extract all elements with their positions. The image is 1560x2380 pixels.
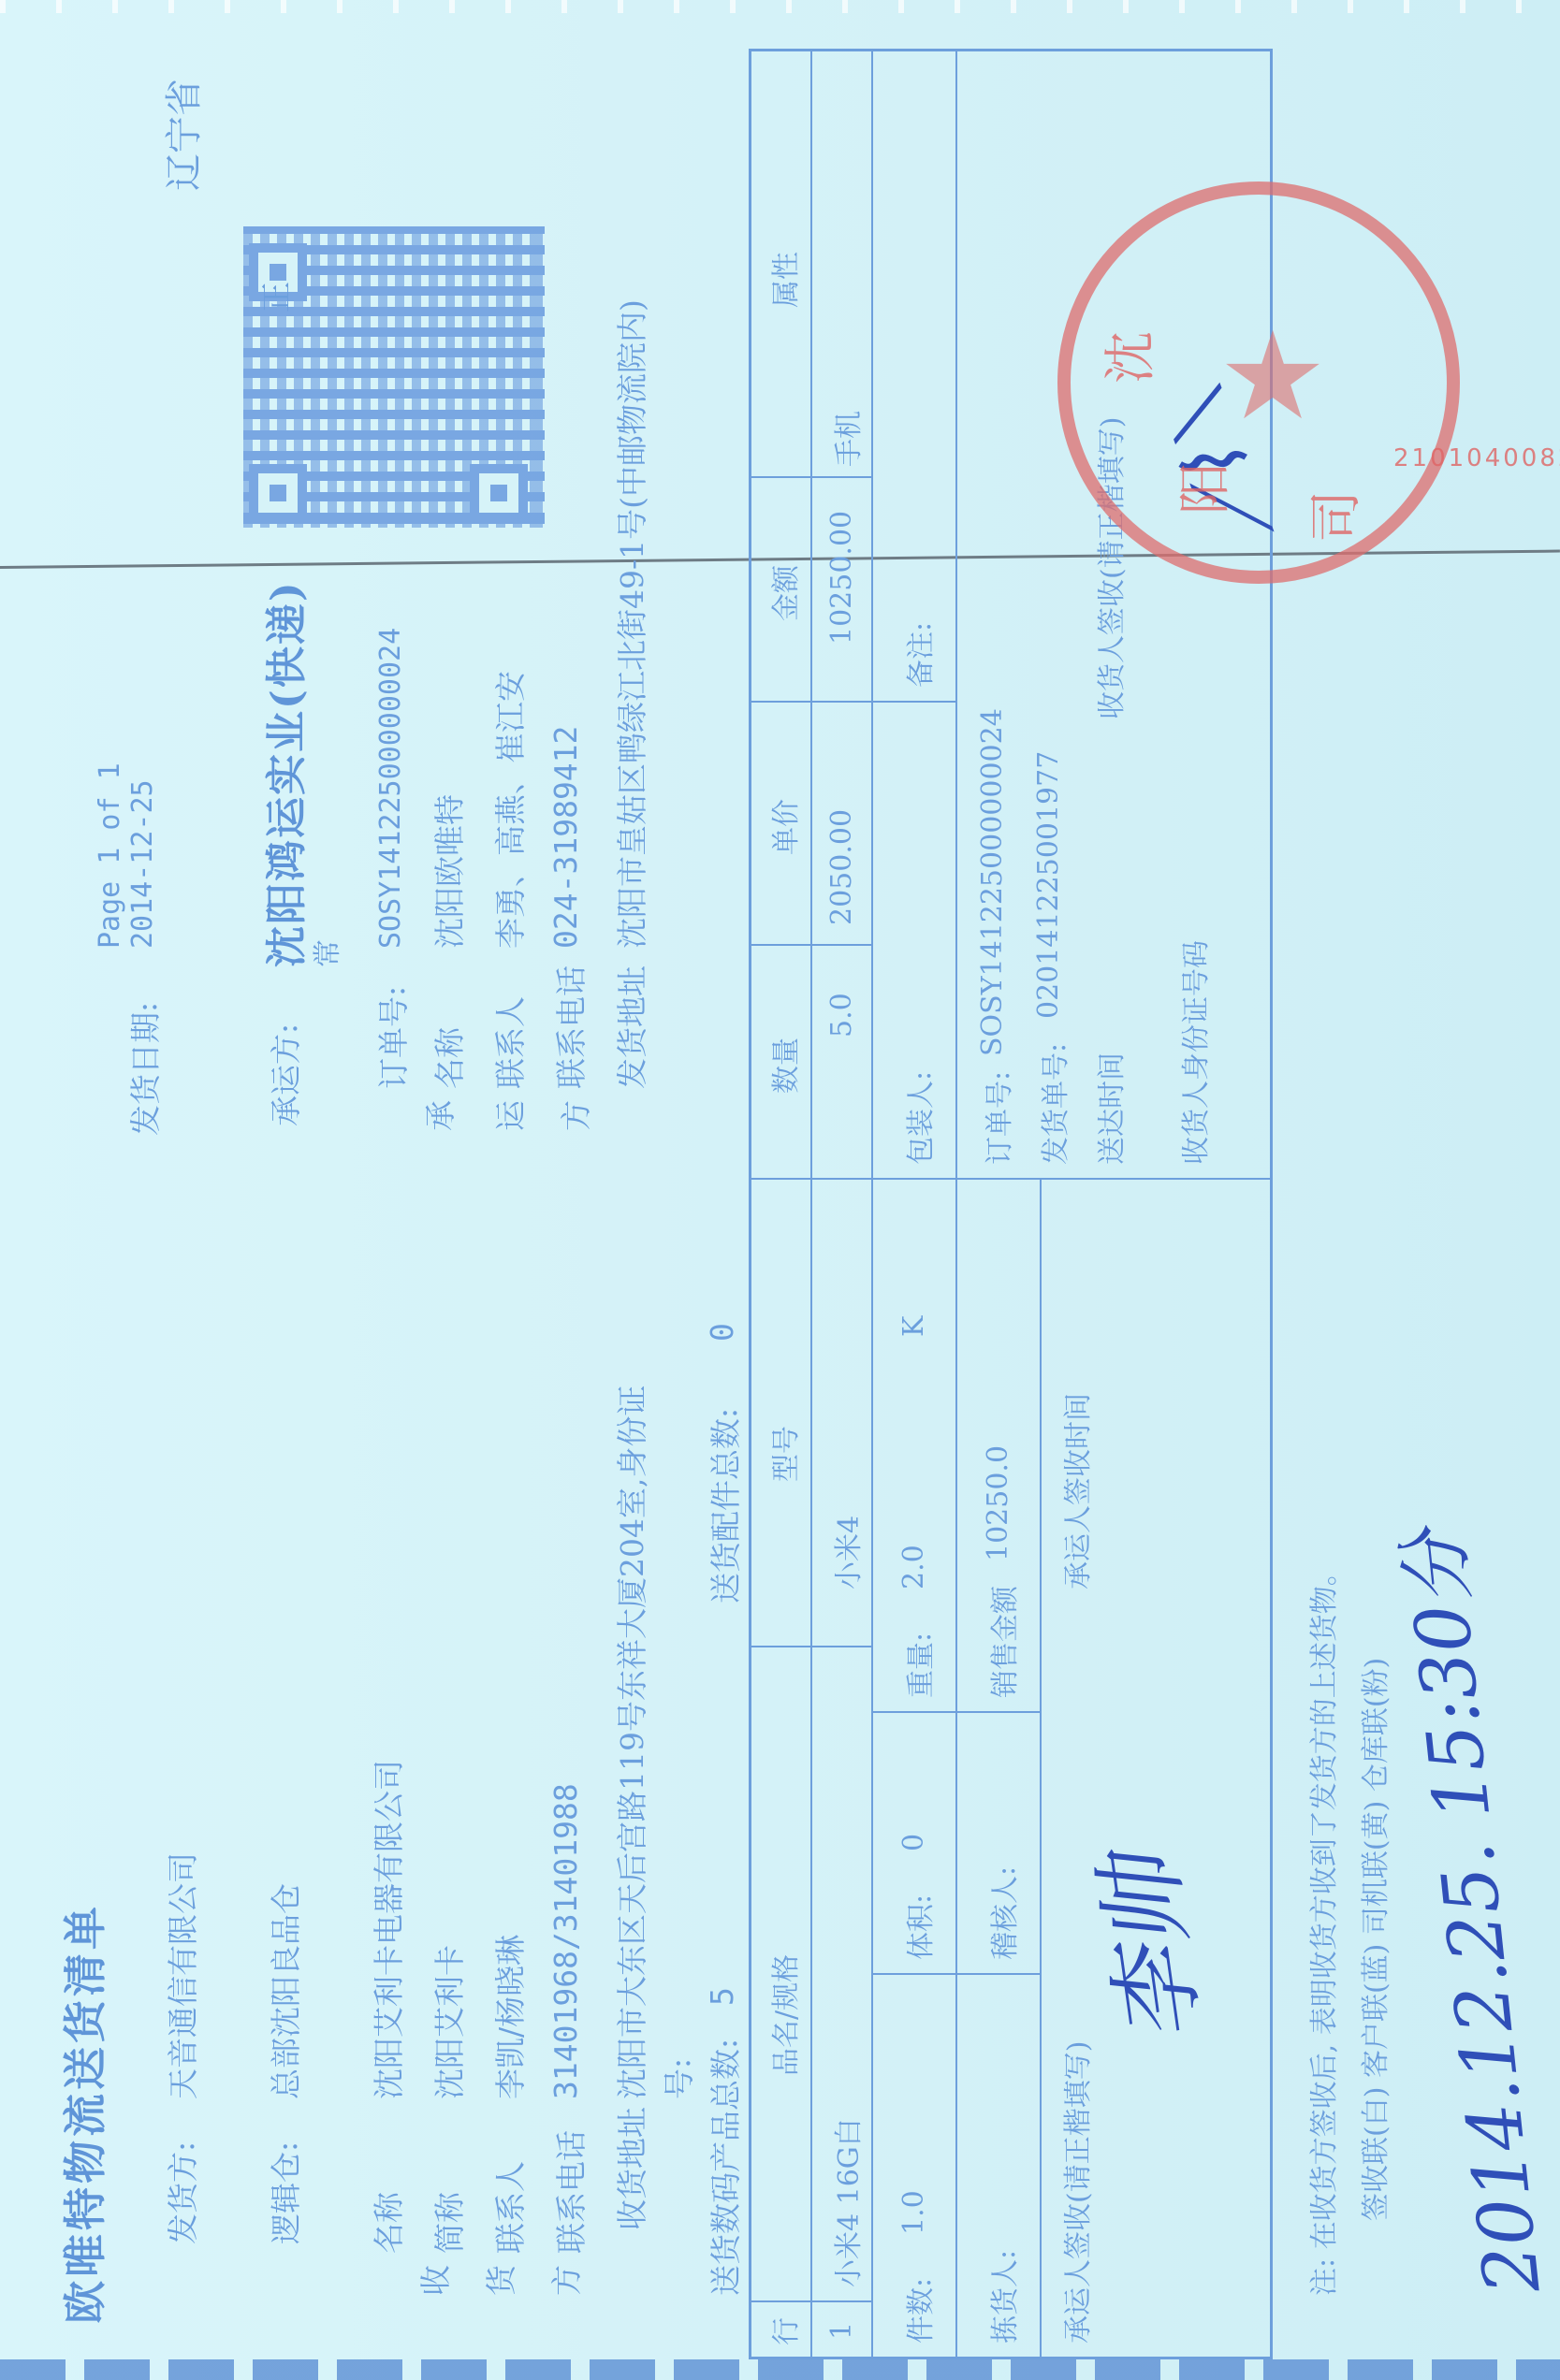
- th-amount: 金额: [751, 476, 812, 701]
- row-model: 小米4: [812, 1178, 873, 1646]
- th-qty: 数量: [751, 944, 812, 1178]
- handwritten-date-time: 2014.12.25. 15:30分: [1373, 1526, 1560, 2300]
- carrier-phone-label: 联系电话: [547, 965, 591, 1089]
- row-name: 小米4 16G白: [812, 1646, 873, 2300]
- carrier-address-label: 发货地址: [608, 965, 652, 1089]
- th-model: 型号: [751, 1178, 812, 1646]
- checker-cell: 稽核人:: [957, 1711, 1042, 1973]
- consignee-phone-label: 联系电话: [547, 2130, 591, 2254]
- ship-date-value: 2014-12-25: [126, 779, 159, 949]
- row-qty: 5.0: [812, 944, 873, 1178]
- consignee-contact-label: 联系人: [487, 2161, 531, 2254]
- consignee-contact: 李凯/杨晓琳: [487, 1935, 531, 2099]
- company-seal: ★ 沈 阳 司 2101040082968: [1057, 181, 1460, 584]
- sales-amount-cell: 销售金额10250.0: [957, 1178, 1042, 1711]
- consignee-address-label: 收货地址: [608, 2107, 652, 2230]
- carrier-phone: 024-31989412: [547, 726, 584, 949]
- copy-distribution: 签收联(白) 客户联(蓝) 司机联(黄) 仓库联(粉): [1352, 1658, 1393, 2221]
- accessory-total: 0: [704, 1323, 740, 1342]
- seal-number: 2101040082968: [1393, 444, 1560, 472]
- warehouse-label: 逻辑仓:: [262, 2141, 306, 2244]
- carrier-contact-label: 联系人: [487, 996, 531, 1089]
- delivery-slip: 欧唯特物流送货清单 Page 1 of 1 辽宁省 发货方: 天音通信有限公司 …: [0, 0, 1560, 2380]
- shipper-label: 发货方:: [159, 2141, 203, 2244]
- carrier-address: 沈阳市皇姑区鸭绿江北街49-1号(中邮物流院内): [608, 299, 652, 949]
- carrier-contact: 李勇、高燕、崔江安: [487, 671, 531, 949]
- row-unit-price: 2050.00: [812, 701, 873, 944]
- consignee-side-1: 收: [412, 2265, 456, 2296]
- carrier-suffix: 常: [304, 939, 345, 967]
- th-unit-price: 单价: [751, 701, 812, 944]
- receipt-note: 注: 在收货方签收后, 表明收货方收到了发货方的上述货物。: [1301, 1558, 1342, 2296]
- carrier-signature: 李帅: [1064, 1848, 1223, 2052]
- serial-total-label: 送货数码产品总数:: [702, 2039, 746, 2296]
- picker-cell: 拣货人:: [957, 1973, 1042, 2357]
- consignee-address: 沈阳市大东区天后宫路119号东祥大厦204室,身份证: [608, 1386, 652, 2099]
- th-line: 行: [751, 2300, 812, 2357]
- star-icon: ★: [1218, 305, 1328, 447]
- carrier-name: 沈阳欧唯特: [426, 794, 470, 949]
- carrier-value: 沈阳鸿运实业(快递): [253, 580, 313, 967]
- consignee-phone: 31401968/31401988: [547, 1783, 584, 2099]
- consignee-short-label: 简称: [426, 2192, 470, 2254]
- consignee-short-name: 沈阳艾利卡: [426, 1945, 470, 2099]
- perforation-edge: [0, 0, 1560, 13]
- consignee-name: 沈阳艾利卡电器有限公司: [365, 1760, 409, 2099]
- warehouse-value: 总部沈阳良品仓: [262, 1883, 306, 2099]
- th-attr: 属性: [751, 51, 812, 476]
- consignee-address-line2: 号:: [655, 2058, 699, 2099]
- province: 辽宁省: [154, 79, 208, 191]
- accessory-total-label: 送货配件总数:: [702, 1408, 746, 1604]
- row-attr: 手机: [812, 51, 873, 476]
- volume-cell: 体积:0: [873, 1711, 957, 1973]
- copy-mark: 正: [253, 282, 297, 312]
- packer-cell: 包装人:: [873, 701, 957, 1178]
- carrier-order-no: SOSY141225000000024: [374, 628, 407, 949]
- row-amount: 10250.00: [812, 476, 873, 701]
- row-line: 1: [812, 2300, 873, 2357]
- ship-date-label: 发货日期:: [122, 1002, 166, 1136]
- carrier-side-2: 运: [487, 1100, 531, 1131]
- consignee-name-label: 名称: [365, 2192, 409, 2254]
- pieces-cell: 件数:1.0: [873, 1973, 957, 2357]
- carrier-sign-cell: 承运人签收(请正楷填写) 承运人签收时间: [1042, 1178, 1272, 2357]
- page-indicator: Page 1 of 1: [94, 762, 126, 949]
- qr-code: [243, 226, 545, 528]
- remark-cell: 备注:: [873, 51, 957, 701]
- carrier-label: 承运方:: [262, 1023, 306, 1126]
- carrier-side-3: 方: [552, 1100, 596, 1131]
- weight-cell: 重量:2.0K: [873, 1178, 957, 1711]
- carrier-order-label: 订单号:: [370, 986, 414, 1089]
- shipper-value: 天音通信有限公司: [159, 1852, 203, 2099]
- th-name: 品名/规格: [751, 1646, 812, 2300]
- consignee-side-3: 方: [543, 2265, 587, 2296]
- serial-total: 5: [704, 1987, 740, 2006]
- tractor-feed-holes: [0, 2359, 1560, 2380]
- carrier-side-1: 承: [416, 1100, 460, 1131]
- consignee-side-2: 货: [477, 2265, 521, 2296]
- document-title: 欧唯特物流送货清单: [51, 1903, 113, 2324]
- carrier-name-label: 名称: [426, 1027, 470, 1089]
